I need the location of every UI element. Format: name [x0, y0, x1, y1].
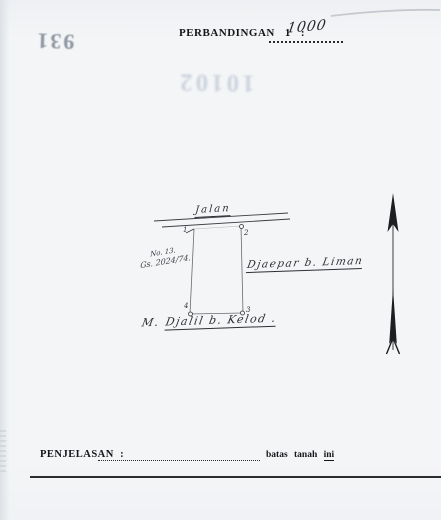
pencil-stroke — [331, 10, 440, 16]
corner-point-1: 1 — [183, 226, 187, 234]
north-arrow-icon — [387, 193, 400, 354]
scanned-survey-document: 931 10102 PERBANDINGAN1: 1000 Jalan — [0, 0, 441, 520]
corner-point-2: 2 — [244, 229, 248, 237]
road-label: Jalan — [194, 203, 231, 218]
boundary-legend: batas tanah ini — [266, 450, 334, 460]
bottom-divider-line — [30, 476, 441, 478]
boundary-legend-plain: batas tanah — [266, 450, 317, 460]
boundary-legend-underlined: ini — [324, 450, 335, 461]
corner-point-3: 3 — [246, 306, 250, 314]
parcel-sketch-lines — [0, 0, 441, 520]
corner-point-4: 4 — [184, 302, 188, 310]
neighbor-south-prefix: M. — [141, 316, 161, 330]
explanation-dotted-line — [98, 449, 260, 461]
